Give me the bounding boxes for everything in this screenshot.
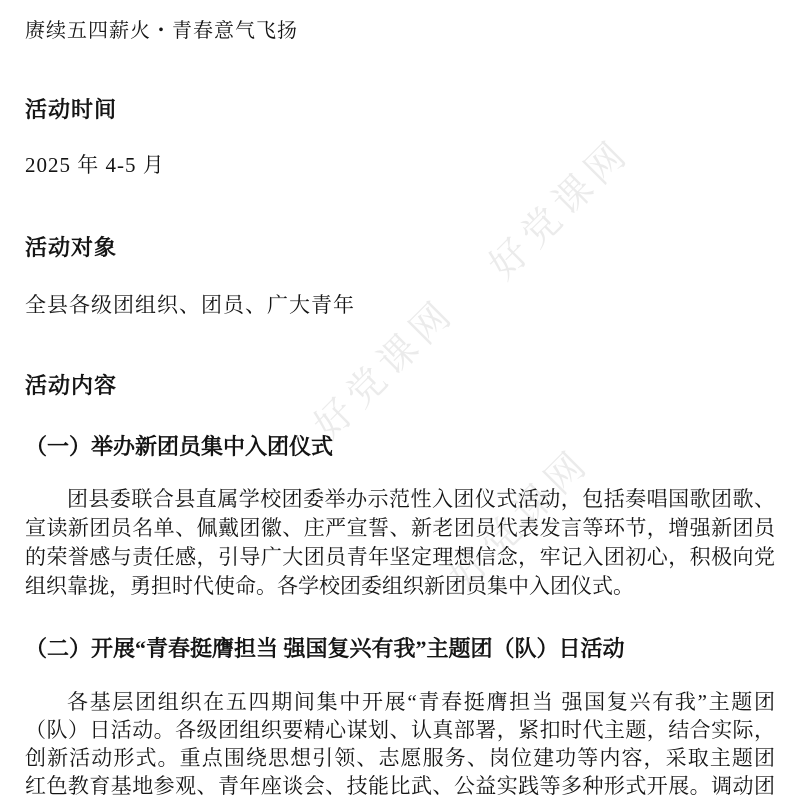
document-title: 赓续五四薪火・青春意气飞扬 [25, 14, 298, 43]
heading-activity-time: 活动时间 [25, 93, 117, 124]
paragraph-line: 创新活动形式。重点围绕思想引领、志愿服务、岗位建功等内容，采取主题团课、 [25, 744, 775, 772]
value-activity-target: 全县各级团组织、团员、广大青年 [25, 289, 355, 319]
paragraph-line: 宣读新团员名单、佩戴团徽、庄严宣誓、新老团员代表发言等环节，增强新团员 [25, 514, 775, 543]
paragraph-line: 红色教育基地参观、青年座谈会、技能比武、公益实践等多种形式开展。调动团 [25, 772, 775, 800]
section-2-paragraph: 各基层团组织在五四期间集中开展“青春挺膺担当 强国复兴有我”主题团 （队）日活动… [25, 688, 775, 800]
watermark-text: 好党课网 [474, 123, 640, 289]
paragraph-line: 的荣誉感与责任感，引导广大团员青年坚定理想信念，牢记入团初心，积极向党 [25, 543, 775, 572]
heading-activity-target: 活动对象 [25, 231, 117, 262]
section-1-heading: （一）举办新团员集中入团仪式 [25, 430, 333, 461]
section-1-paragraph: 团县委联合县直属学校团委举办示范性入团仪式活动，包括奏唱国歌团歌、 宣读新团员名… [25, 485, 775, 601]
section-2-heading: （二）开展“青春挺膺担当 强国复兴有我”主题团（队）日活动 [25, 632, 625, 663]
paragraph-line: 组织靠拢，勇担时代使命。各学校团委组织新团员集中入团仪式。 [25, 572, 775, 601]
paragraph-line: 团县委联合县直属学校团委举办示范性入团仪式活动，包括奏唱国歌团歌、 [25, 485, 775, 514]
value-activity-time: 2025 年 4-5 月 [25, 149, 165, 179]
paragraph-line: 各基层团组织在五四期间集中开展“青春挺膺担当 强国复兴有我”主题团 [25, 688, 775, 716]
document-page: 好党课网 好党课网 好党课网 赓续五四薪火・青春意气飞扬 活动时间 2025 年… [0, 0, 800, 800]
heading-activity-content: 活动内容 [25, 369, 117, 400]
paragraph-line: （队）日活动。各级团组织要精心谋划、认真部署，紧扣时代主题，结合实际， [25, 716, 775, 744]
